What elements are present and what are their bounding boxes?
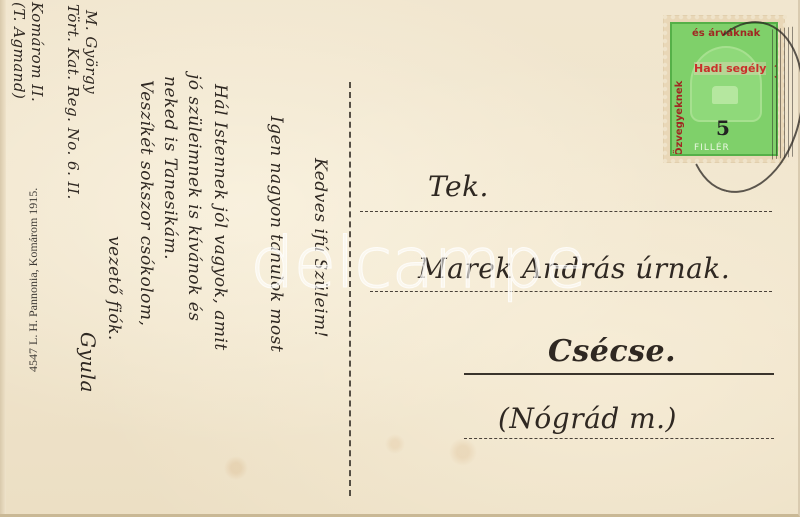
message-line-7: vezető fiók.: [104, 236, 124, 341]
message-signature: Gyula: [76, 332, 100, 393]
address-town: Csécse.: [548, 334, 676, 369]
watermark: delcampe: [250, 222, 586, 304]
stamp-overprint-left: Özvegyeknek: [674, 81, 685, 156]
message-line-6: Veszíkét sokszor csókolom,: [136, 80, 156, 326]
postmark-cancel-bars: [772, 26, 794, 159]
message-line-4: jó szüleimnek is kívánok és: [184, 74, 204, 322]
sender-line-3: Tört. Kat. Reg. No. 6. II.: [64, 4, 82, 200]
sender-line-4: M. György: [82, 10, 100, 94]
postcard: 4547 L. H. Pannonia, Komárom 1915. (T. A…: [0, 0, 800, 517]
message-line-3: Hál Istennek jól vagyok, amit: [210, 84, 230, 351]
address-line-1: [360, 211, 772, 212]
address-line-4: [464, 438, 774, 439]
sender-line-1: (T. Agmand): [10, 2, 28, 99]
sender-line-2: Komárom II.: [28, 2, 46, 102]
message-line-5: neked is Tanesikám.: [160, 76, 180, 260]
publisher-imprint: 4547 L. H. Pannonia, Komárom 1915.: [26, 188, 41, 372]
address-salutation: Tek.: [428, 170, 489, 203]
address-county: (Nógrád m.): [498, 402, 677, 435]
address-line-3: [464, 373, 774, 375]
